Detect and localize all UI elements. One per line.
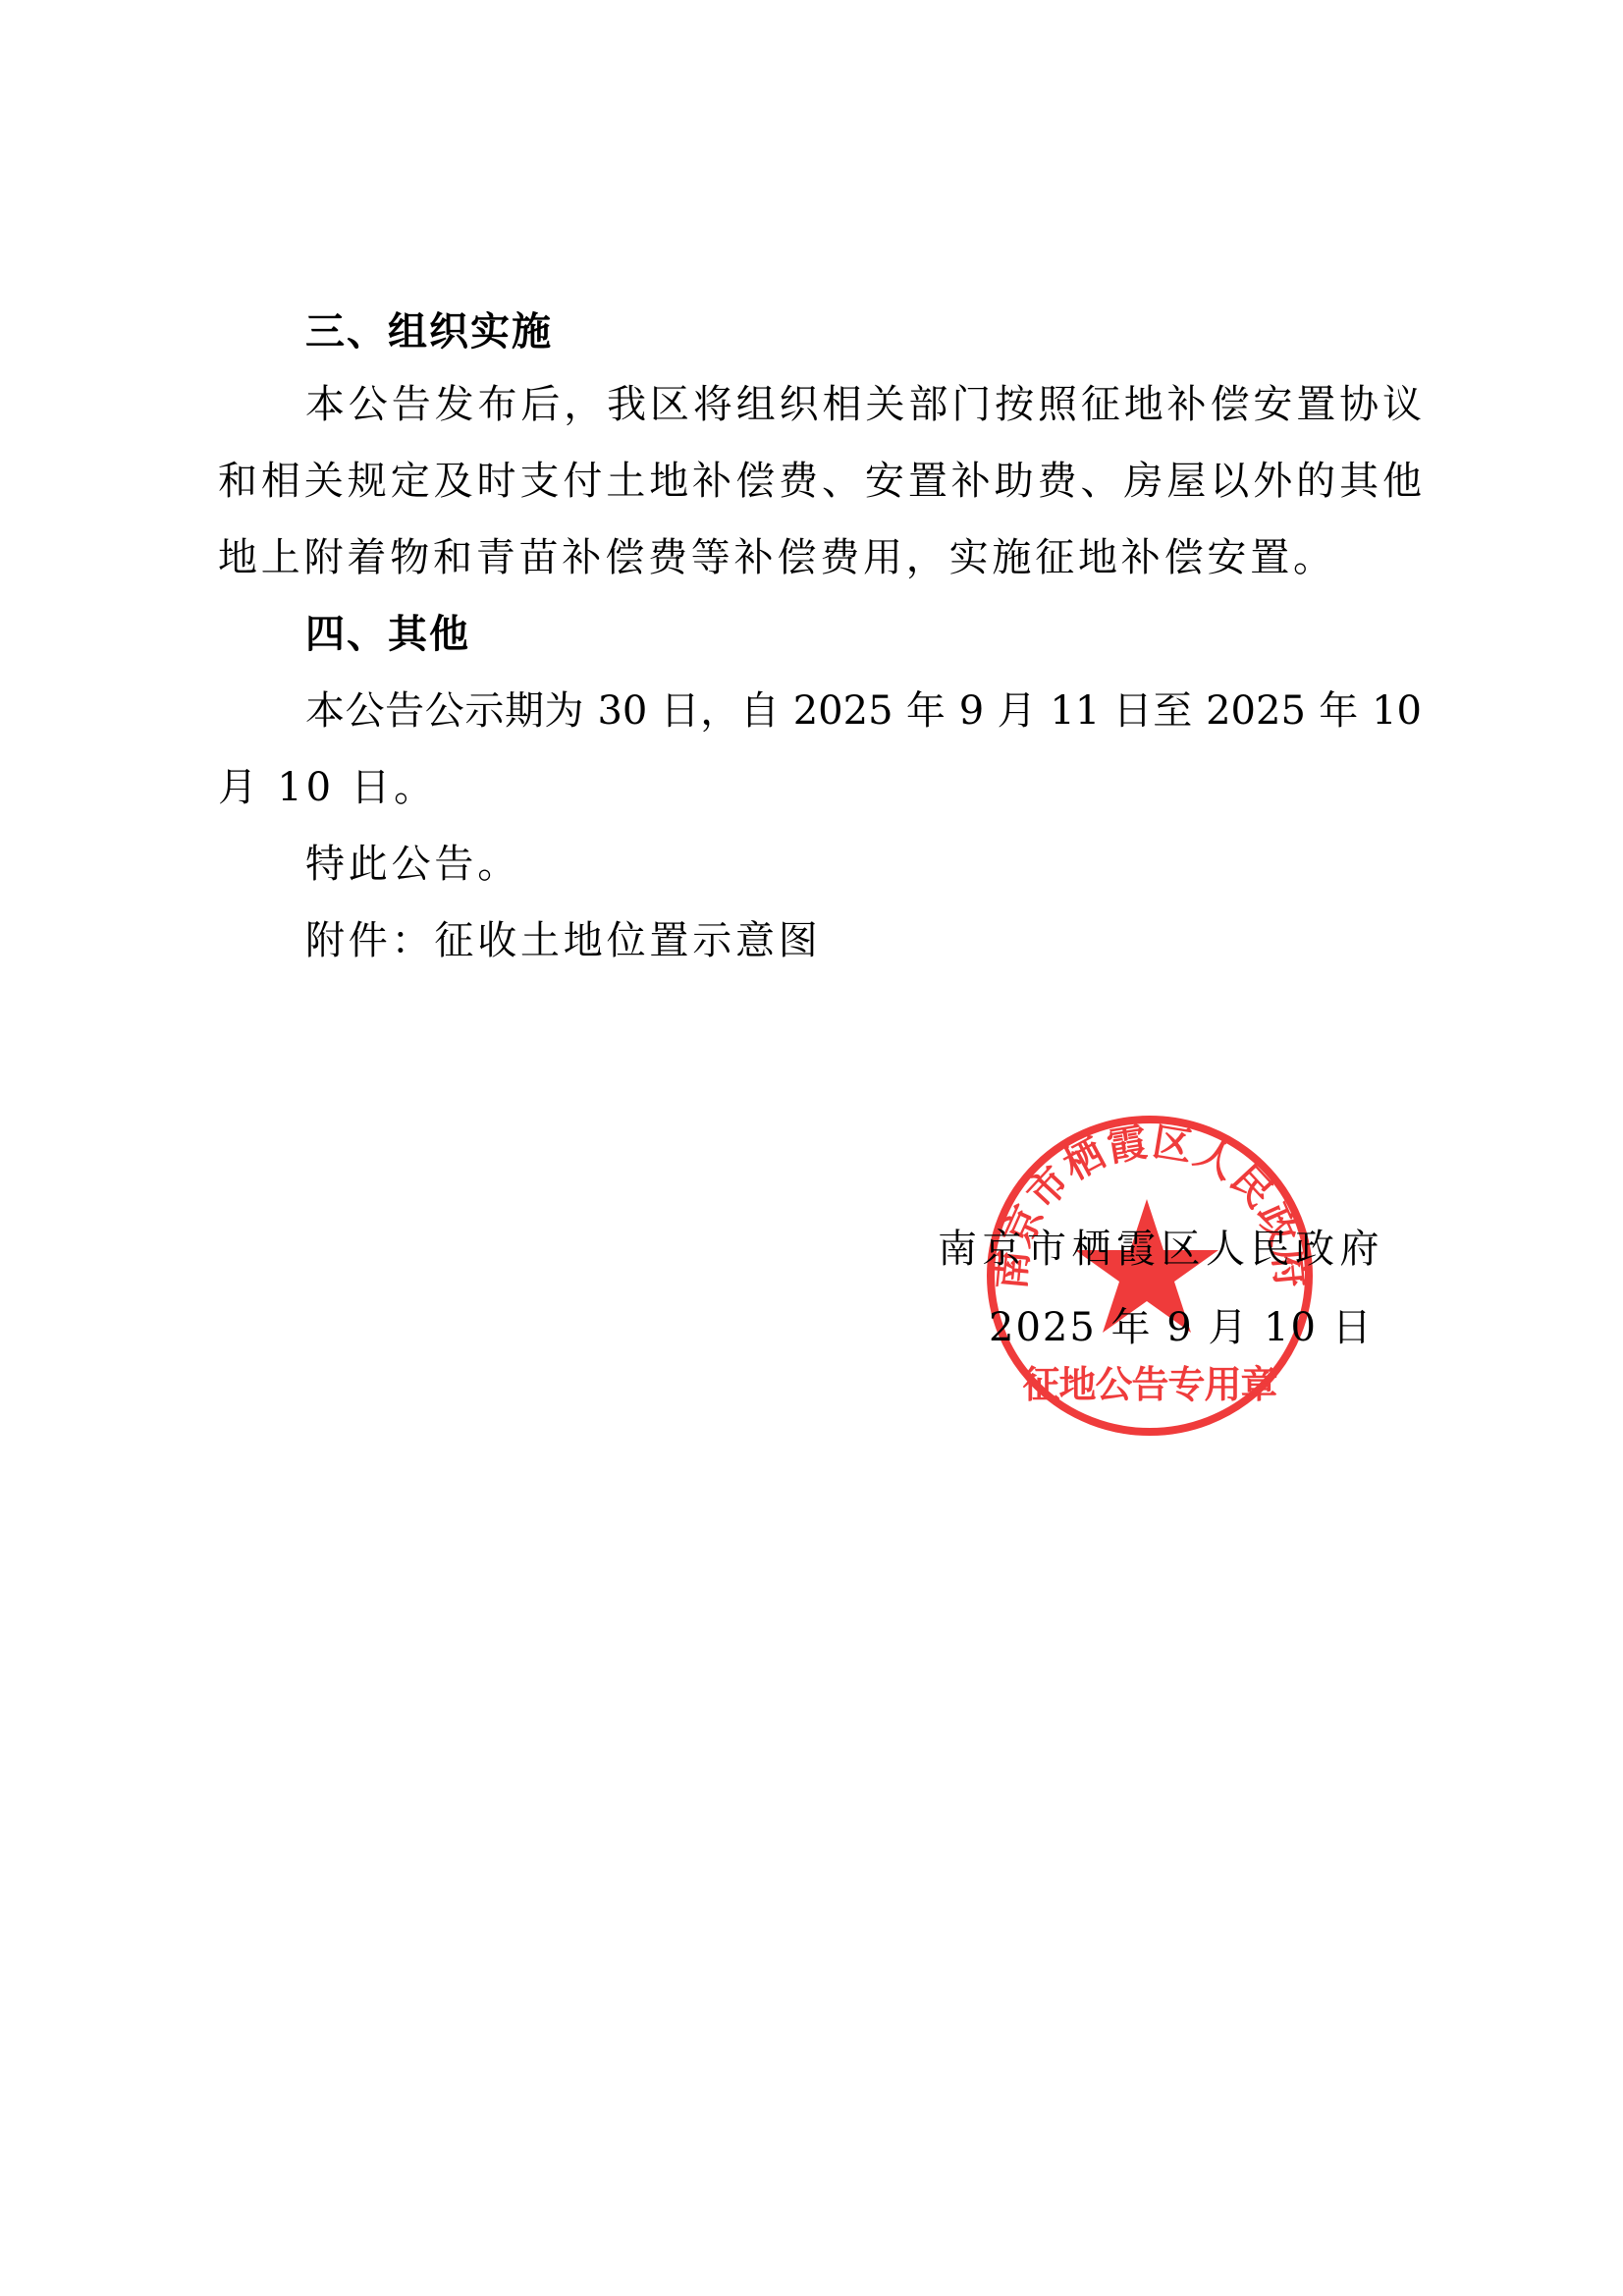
paragraph-line: 和相关规定及时支付土地补偿费、安置补助费、房屋以外的其他 [218, 458, 1422, 505]
publicity-period-line: 月 10 日。 [218, 764, 437, 811]
seal-bottom-text: 征地公告专用章 [1022, 1363, 1276, 1406]
section-heading-organization: 三、组织实施 [305, 308, 553, 355]
document-page: 三、组织实施 本公告发布后，我区将组织相关部门按照征地补偿安置协议 和相关规定及… [0, 0, 1623, 2296]
paragraph-line: 本公告发布后，我区将组织相关部门按照征地补偿安置协议 [305, 381, 1422, 428]
attachment-link[interactable]: 附件：征收土地位置示意图 [305, 917, 822, 964]
publicity-period-line: 本公告公示期为 30 日，自 2025 年 9 月 11 日至 2025 年 1… [305, 687, 1422, 735]
issue-date: 2025 年 9 月 10 日 [989, 1304, 1374, 1351]
official-seal-icon: 南京市栖霞区人民政府 征地公告专用章 [985, 1113, 1315, 1439]
closing-text: 特此公告。 [305, 841, 520, 888]
paragraph-line: 地上附着物和青苗补偿费等补偿费用，实施征地补偿安置。 [218, 534, 1336, 581]
section-heading-other: 四、其他 [305, 611, 470, 658]
issuer-name: 南京市栖霞区人民政府 [938, 1226, 1384, 1273]
